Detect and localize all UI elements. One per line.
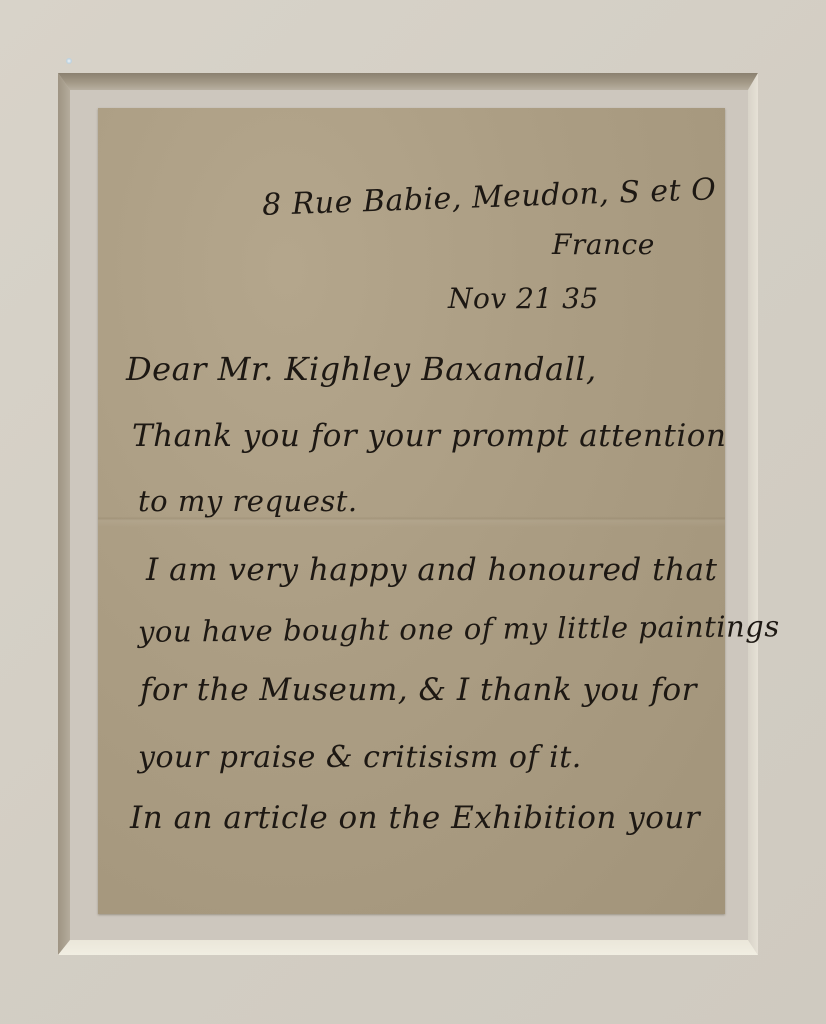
salutation: Dear Mr. Kighley Baxandall,	[126, 350, 597, 388]
mat-bevel-top	[58, 73, 758, 90]
body-line: your praise & critisism of it.	[138, 740, 582, 775]
letter-date: Nov 21 35	[448, 282, 599, 315]
body-line: I am very happy and honoured that	[146, 552, 717, 588]
body-line: Thank you for your prompt attention	[132, 418, 726, 454]
mat-bevel-left	[58, 73, 70, 955]
body-line: you have bought one of my little paintin…	[138, 609, 780, 649]
body-line: In an article on the Exhibition your	[130, 800, 700, 836]
body-line: for the Museum, & I thank you for	[140, 672, 697, 708]
address-line-2: France	[552, 228, 655, 261]
mat-bevel-right	[748, 73, 758, 955]
light-reflection	[66, 58, 72, 64]
body-line: to my request.	[138, 484, 358, 518]
mat-bevel-bottom	[58, 940, 758, 955]
